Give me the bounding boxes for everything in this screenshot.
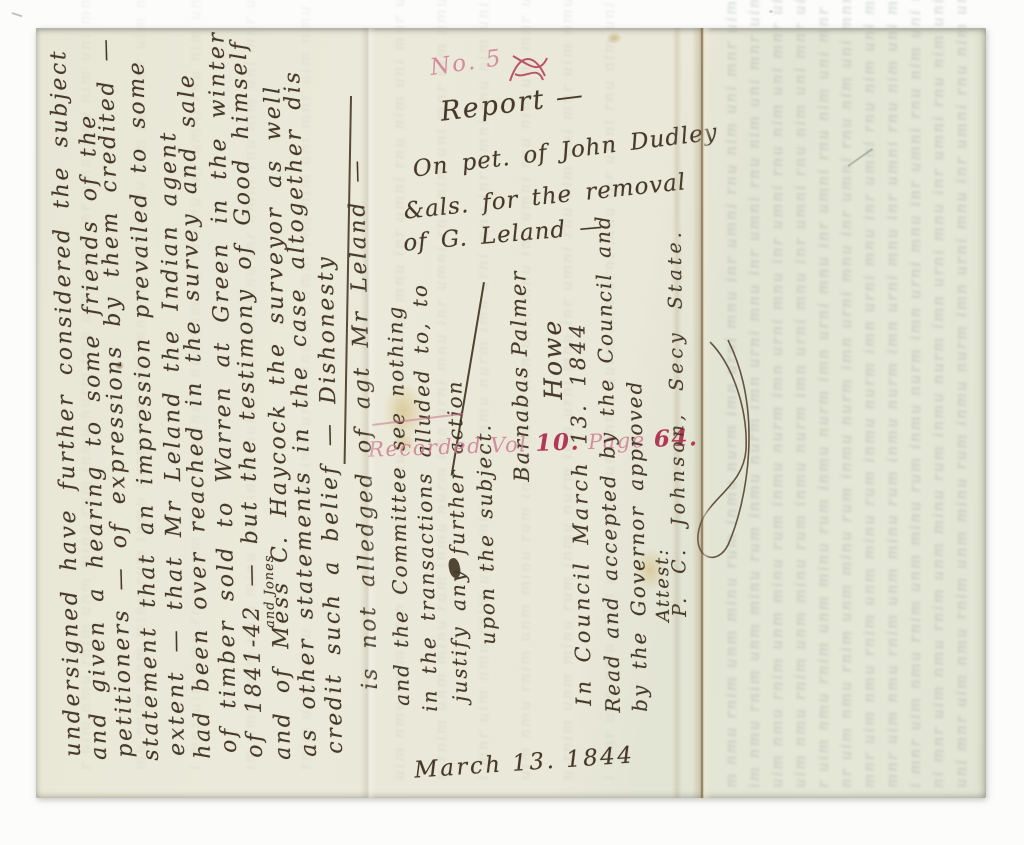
scan-speck <box>769 10 773 13</box>
continuation-line: and the Committee see nothing <box>385 305 412 706</box>
council-line: by the Governor approved <box>624 379 650 712</box>
ghost-bleedthrough-line: mnr uim nmu rnim unm minu rum inmu nurm … <box>885 0 900 788</box>
ghost-bleedthrough-line: uim nmu rnim unm minu rum inmu nurm imn … <box>793 0 808 788</box>
signature-paraph-flourish <box>688 330 758 570</box>
attestation-signature: P. C. Johnson, Secy State. <box>666 228 690 617</box>
manuscript-scan: rnim unm minu rum inmu nurm imn urni mnu… <box>0 0 1024 845</box>
ghost-bleedthrough-line: i mnr uim nmu rnim unm minu rum inmu nur… <box>908 0 923 788</box>
paper-stain <box>606 32 622 44</box>
fold-line <box>701 28 703 798</box>
ghost-bleedthrough-line: uni mnr uim nmu rnim unm minu rum inmu n… <box>954 0 969 788</box>
ghost-bleedthrough-line: ni mnr uim nmu rnim unm minu rum inmu nu… <box>931 0 946 788</box>
ghost-bleedthrough-line: uim nmu rnim unm minu rum inmu nurm imn … <box>770 0 785 788</box>
ghost-bleedthrough-line: mnr uim nmu rnim unm minu rum inmu nurm … <box>862 0 877 788</box>
ghost-bleedthrough-line: r uim nmu rnim unm minu rum inmu nurm im… <box>816 0 831 788</box>
signature: Howe <box>540 319 566 400</box>
continuation-line: justify any further action <box>444 379 470 702</box>
scan-speck <box>11 12 22 17</box>
ghost-bleedthrough-line: nr uim nmu rnim unm minu rum inmu nurm i… <box>839 0 854 788</box>
